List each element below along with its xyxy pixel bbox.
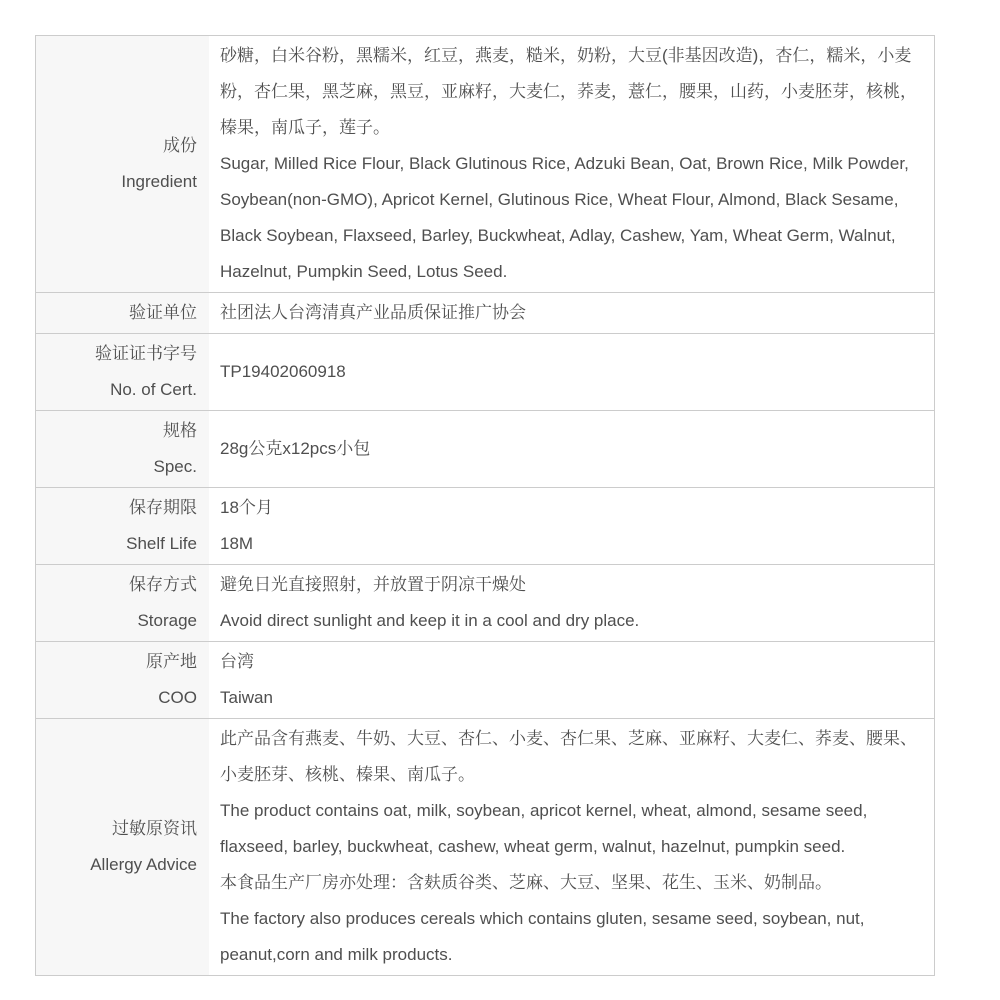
allergy-advice-value-en-1: The product contains oat, milk, soybean,… <box>220 793 919 865</box>
shelf-life-value: 18个月 18M <box>209 488 935 565</box>
shelf-life-value-en: 18M <box>220 526 919 562</box>
allergy-advice-label-en: Allergy Advice <box>37 847 197 883</box>
cert-number-label: 验证证书字号 No. of Cert. <box>36 334 210 411</box>
coo-value-zh: 台湾 <box>220 644 919 680</box>
row-spec: 规格 Spec. 28g公克x12pcs小包 <box>36 411 935 488</box>
row-coo: 原产地 COO 台湾 Taiwan <box>36 642 935 719</box>
shelf-life-value-zh: 18个月 <box>220 490 919 526</box>
row-ingredient: 成份 Ingredient 砂糖，白米谷粉，黑糯米，红豆，燕麦，糙米，奶粉，大豆… <box>36 36 935 293</box>
ingredient-label-zh: 成份 <box>37 128 197 164</box>
allergy-advice-value-zh-2: 本食品生产厂房亦处理：含麸质谷类、芝麻、大豆、坚果、花生、玉米、奶制品。 <box>220 865 919 901</box>
allergy-advice-value-zh-1: 此产品含有燕麦、牛奶、大豆、杏仁、小麦、杏仁果、芝麻、亚麻籽、大麦仁、荞麦、腰果… <box>220 721 919 793</box>
ingredient-value-en: Sugar, Milled Rice Flour, Black Glutinou… <box>220 146 919 290</box>
spec-value: 28g公克x12pcs小包 <box>209 411 935 488</box>
allergy-advice-label-zh: 过敏原资讯 <box>37 811 197 847</box>
certifying-body-value-zh: 社团法人台湾清真产业品质保证推广协会 <box>220 295 919 331</box>
storage-label-zh: 保存方式 <box>37 567 197 603</box>
storage-label-en: Storage <box>37 603 197 639</box>
allergy-advice-value-en-2: The factory also produces cereals which … <box>220 901 919 973</box>
row-storage: 保存方式 Storage 避免日光直接照射，并放置于阴凉干燥处 Avoid di… <box>36 565 935 642</box>
spec-value-text: 28g公克x12pcs小包 <box>220 431 919 467</box>
ingredient-value-zh: 砂糖，白米谷粉，黑糯米，红豆，燕麦，糙米，奶粉，大豆(非基因改造)，杏仁，糯米，… <box>220 38 919 146</box>
spec-label: 规格 Spec. <box>36 411 210 488</box>
ingredient-label: 成份 Ingredient <box>36 36 210 293</box>
cert-number-value-text: TP19402060918 <box>220 354 919 390</box>
row-cert-number: 验证证书字号 No. of Cert. TP19402060918 <box>36 334 935 411</box>
row-shelf-life: 保存期限 Shelf Life 18个月 18M <box>36 488 935 565</box>
storage-value-zh: 避免日光直接照射，并放置于阴凉干燥处 <box>220 567 919 603</box>
storage-value: 避免日光直接照射，并放置于阴凉干燥处 Avoid direct sunlight… <box>209 565 935 642</box>
cert-number-label-zh: 验证证书字号 <box>37 336 197 372</box>
shelf-life-label-zh: 保存期限 <box>37 490 197 526</box>
allergy-advice-label: 过敏原资讯 Allergy Advice <box>36 719 210 976</box>
storage-label: 保存方式 Storage <box>36 565 210 642</box>
storage-value-en: Avoid direct sunlight and keep it in a c… <box>220 603 919 639</box>
coo-value: 台湾 Taiwan <box>209 642 935 719</box>
coo-label: 原产地 COO <box>36 642 210 719</box>
ingredient-value: 砂糖，白米谷粉，黑糯米，红豆，燕麦，糙米，奶粉，大豆(非基因改造)，杏仁，糯米，… <box>209 36 935 293</box>
row-allergy-advice: 过敏原资讯 Allergy Advice 此产品含有燕麦、牛奶、大豆、杏仁、小麦… <box>36 719 935 976</box>
spec-label-en: Spec. <box>37 449 197 485</box>
shelf-life-label: 保存期限 Shelf Life <box>36 488 210 565</box>
coo-label-en: COO <box>37 680 197 716</box>
spec-label-zh: 规格 <box>37 413 197 449</box>
cert-number-label-en: No. of Cert. <box>37 372 197 408</box>
shelf-life-label-en: Shelf Life <box>37 526 197 562</box>
row-certifying-body: 验证单位 社团法人台湾清真产业品质保证推广协会 <box>36 293 935 334</box>
coo-value-en: Taiwan <box>220 680 919 716</box>
product-spec-table: 成份 Ingredient 砂糖，白米谷粉，黑糯米，红豆，燕麦，糙米，奶粉，大豆… <box>35 35 935 976</box>
product-spec-table-body: 成份 Ingredient 砂糖，白米谷粉，黑糯米，红豆，燕麦，糙米，奶粉，大豆… <box>36 36 935 976</box>
cert-number-value: TP19402060918 <box>209 334 935 411</box>
certifying-body-label: 验证单位 <box>36 293 210 334</box>
allergy-advice-value: 此产品含有燕麦、牛奶、大豆、杏仁、小麦、杏仁果、芝麻、亚麻籽、大麦仁、荞麦、腰果… <box>209 719 935 976</box>
certifying-body-value: 社团法人台湾清真产业品质保证推广协会 <box>209 293 935 334</box>
ingredient-label-en: Ingredient <box>37 164 197 200</box>
coo-label-zh: 原产地 <box>37 644 197 680</box>
certifying-body-label-zh: 验证单位 <box>37 295 197 331</box>
